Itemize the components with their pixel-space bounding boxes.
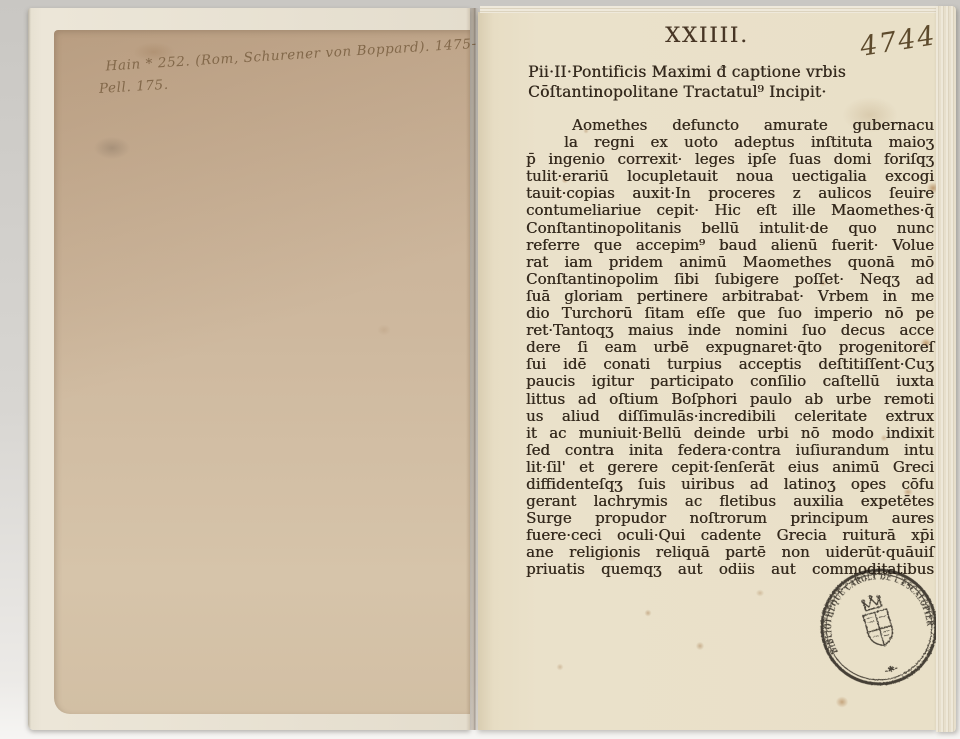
text-line: Conſtantinopolitanis bellū intulit·de qu… [526,220,934,237]
text-line: rat iam pridem animū Maomethes quonā mō [526,254,934,271]
text-line: ſuā gloriam pertinere arbitrabat̄· Vrbem… [526,288,934,305]
text-line: Conſtantinopolim ſibi ſubigere poſſet· N… [526,271,934,288]
text-line: paucis igitur participato conſilio caſte… [526,373,934,390]
left-pastedown-page: Hain * 252. (Rom, Schurener von Boppard)… [54,30,470,714]
text-line: littus ad oſtium Boſphori paulo ab urbe … [526,391,934,408]
text-line: referre que accepim⁹ baud alienū fuerit·… [526,237,934,254]
text-line: ane religionis reliquā partē non uiderūt… [526,544,934,561]
text-line: p̄ ingenio correxit· leges ipſe ſuas dom… [526,151,934,168]
text-line: dere ſi eam urbē expugnaret·q̄to progeni… [526,339,934,356]
incipit-title: Pii·II·Pontificis Maximi đ captione vrbi… [528,62,924,102]
text-line: fuere·ceci oculi·Qui cadente Grecia ruit… [526,527,934,544]
text-line: gerant lachrymis ac fletibus auxilia exp… [526,493,934,510]
left-cover-board: Hain * 252. (Rom, Schurener von Boppard)… [28,8,470,730]
text-line: Surge propudor noſtrorum principum aures [526,510,934,527]
stamp-coat-of-arms-icon [858,593,896,649]
text-line: us aliud diſſimulās·incredibili celerita… [526,408,934,425]
text-line: ſed contra inita federa·contra iuſiurand… [526,442,934,459]
handwritten-bibliographic-annotation: Hain * 252. (Rom, Schurener von Boppard)… [97,35,459,99]
text-line: tulit·erariū locupletauit noua uectigali… [526,168,934,185]
page-fore-edge [936,6,956,732]
text-line: dio Turchorū ſitam eſſe que ſuo imperio … [526,305,934,322]
open-book: Hain * 252. (Rom, Schurener von Boppard)… [28,4,956,734]
text-line: diffidenteſqʒ ſuis uiribus ad latinoʒ op… [526,476,934,493]
text-line: ret·Tantoqʒ maius inde nomini ſuo decus … [526,322,934,339]
book-scan: { "left_page": { "annotation_lines": [ "… [0,0,960,739]
text-line: lit·ſil' et gerere cepit·ſenſerāt eius a… [526,459,934,476]
text-line: tauit·copias auxit·In proceres z aulicos… [526,185,934,202]
text-line: Cōſtantinopolitane Tractatul⁹ Incipit· [528,82,924,102]
text-line: contumeliariue cepit· Hic eſt ille Maome… [526,202,934,219]
page-top-edge [480,6,936,13]
text-line: Aomethes defuncto amurate gubernacu [526,117,934,134]
printed-body-text: Aomethes defuncto amurate gubernacula re… [526,117,934,579]
right-printed-page: XXIIII. 4744 Pii·II·Pontificis Maximi đ … [478,12,936,730]
text-line: ſui idē conati turpius acceptis deſtitiſ… [526,356,934,373]
text-line: Pii·II·Pontificis Maximi đ captione vrbi… [528,62,924,82]
stamp-bottom-ornament: -✱- [883,662,899,675]
text-line: la regni ex uoto adeptus inſtituta maioʒ [526,134,934,151]
text-line: it ac muniuit·Bellū deinde urbi nō modo … [526,425,934,442]
